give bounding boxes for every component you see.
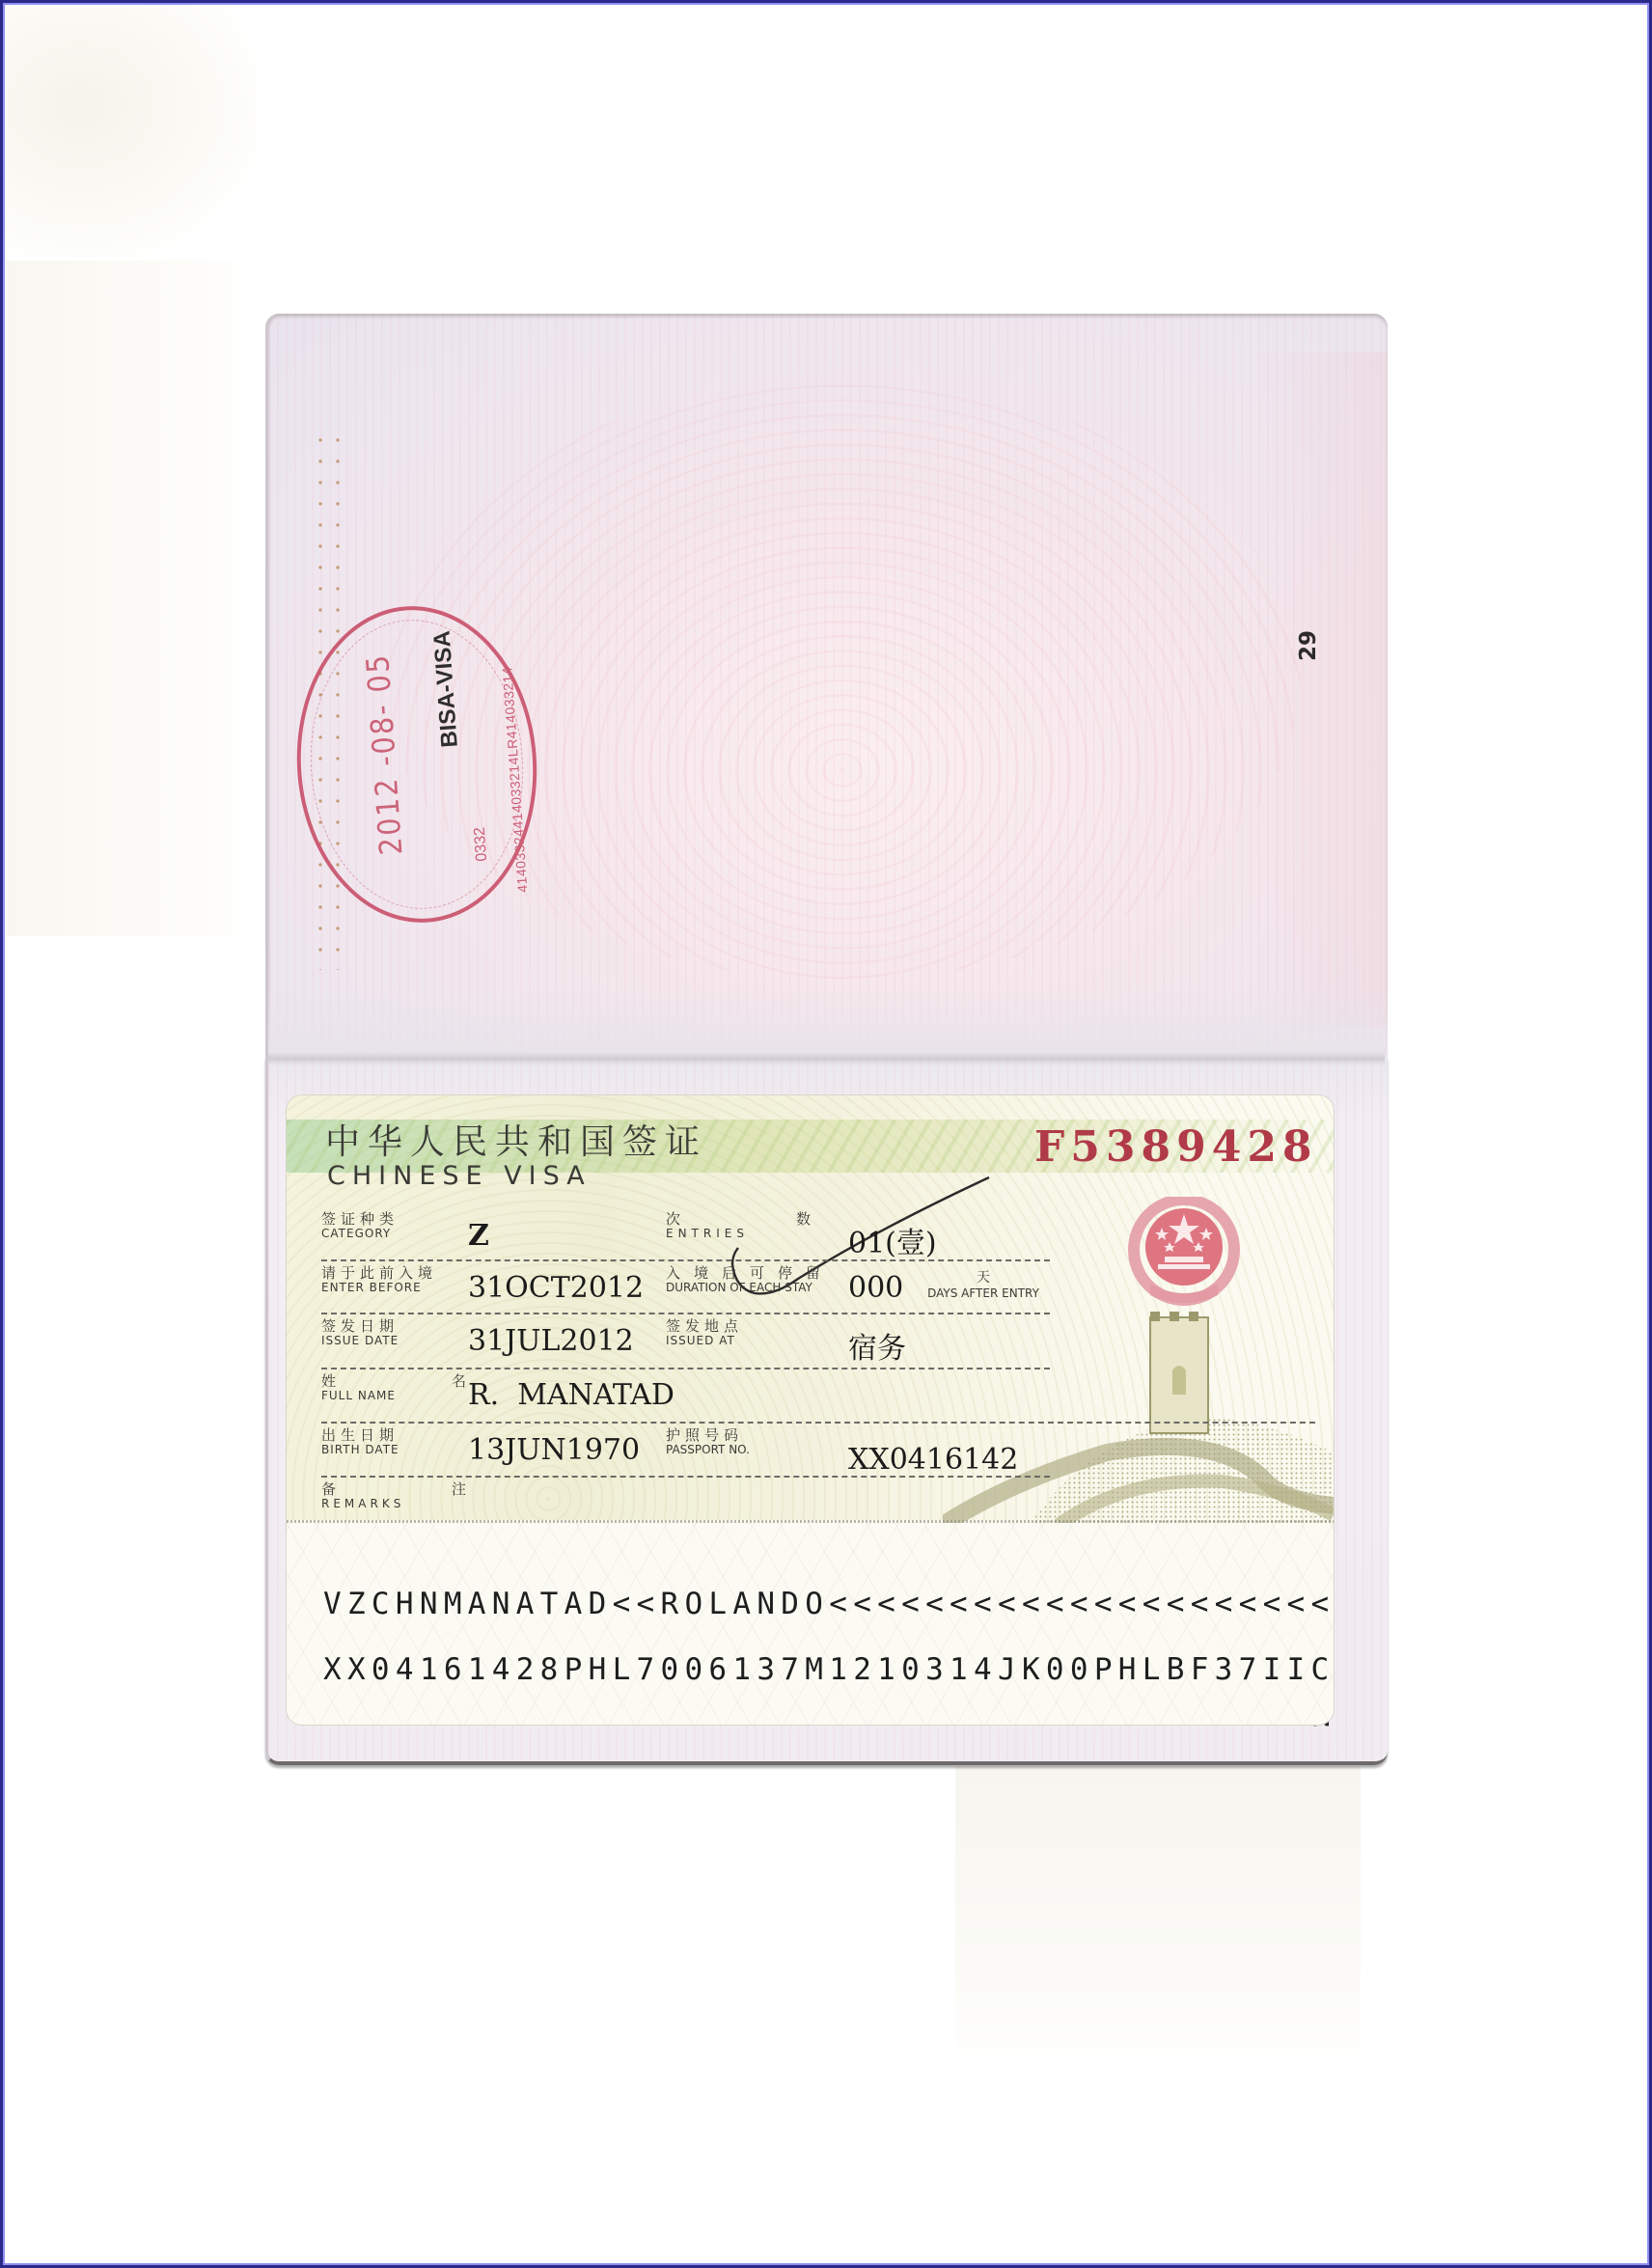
- entries-value: 01(壹): [848, 1219, 937, 1261]
- mrz-line-2: XX04161428PHL7006137M1210314JK00PHLBF37I…: [323, 1652, 1334, 1687]
- row-divider: [321, 1422, 1315, 1424]
- stamp-code: 0332: [472, 826, 491, 862]
- issue-date-value: 31JUL2012: [468, 1324, 634, 1358]
- issued-at-value: 宿务: [848, 1324, 906, 1367]
- row-divider: [321, 1368, 1050, 1369]
- mrz-line-1: VZCHNMANATAD<<ROLANDO<<<<<<<<<<<<<<<<<<<…: [323, 1587, 1334, 1621]
- great-wall-illustration: [943, 1308, 1334, 1525]
- duration-unit: 天 DAYS AFTER ENTRY: [916, 1269, 1051, 1302]
- birth-date-label: 出生日期 BIRTH DATE: [321, 1427, 399, 1457]
- page-edge-tint: [1253, 352, 1388, 1028]
- enter-before-value: 31OCT2012: [468, 1271, 644, 1305]
- category-label: 签证种类 CATEGORY: [321, 1211, 399, 1241]
- issued-at-label: 签发地点 ISSUED AT: [666, 1318, 743, 1348]
- row-divider: [321, 1259, 1050, 1261]
- scan-shading: [955, 1766, 1361, 2085]
- duration-label: 入境后可停留 DURATION OF EACH STAY: [666, 1265, 834, 1295]
- passport-booklet: 29 2 中华人民共和国签证 CHINESE VISA F5389428: [265, 314, 1385, 1761]
- issue-date-label: 签发日期 ISSUE DATE: [321, 1318, 399, 1348]
- visa-number: F5389428: [1034, 1122, 1318, 1172]
- row-divider: [321, 1313, 1050, 1314]
- page-number: 29: [1296, 630, 1321, 661]
- passport-no-label: 护照号码 PASSPORT NO.: [666, 1427, 750, 1457]
- scan-shading: [6, 261, 266, 936]
- category-value: Z: [468, 1219, 489, 1253]
- chinese-visa-sticker: 中华人民共和国签证 CHINESE VISA F5389428: [287, 1095, 1334, 1725]
- duration-value: 000: [848, 1271, 903, 1305]
- entries-label: 次 数 ENTRIES: [666, 1211, 840, 1241]
- passport-no-value: XX0416142: [848, 1443, 1018, 1477]
- visa-title-chinese: 中华人民共和国签证: [325, 1115, 707, 1164]
- machine-readable-zone: VZCHNMANATAD<<ROLANDO<<<<<<<<<<<<<<<<<<<…: [287, 1523, 1334, 1725]
- remarks-label: 备 注 REMARKS: [321, 1481, 495, 1511]
- booklet-fold: [265, 1052, 1385, 1065]
- national-emblem-icon: [1121, 1197, 1247, 1313]
- row-divider: [321, 1476, 1050, 1478]
- visa-title-english: CHINESE VISA: [327, 1161, 592, 1191]
- full-name-value: R. MANATAD: [468, 1378, 675, 1412]
- stamp-ring: [301, 613, 533, 917]
- scan-shading: [6, 6, 257, 257]
- enter-before-label: 请于此前入境 ENTER BEFORE: [321, 1265, 437, 1295]
- birth-date-value: 13JUN1970: [468, 1433, 640, 1467]
